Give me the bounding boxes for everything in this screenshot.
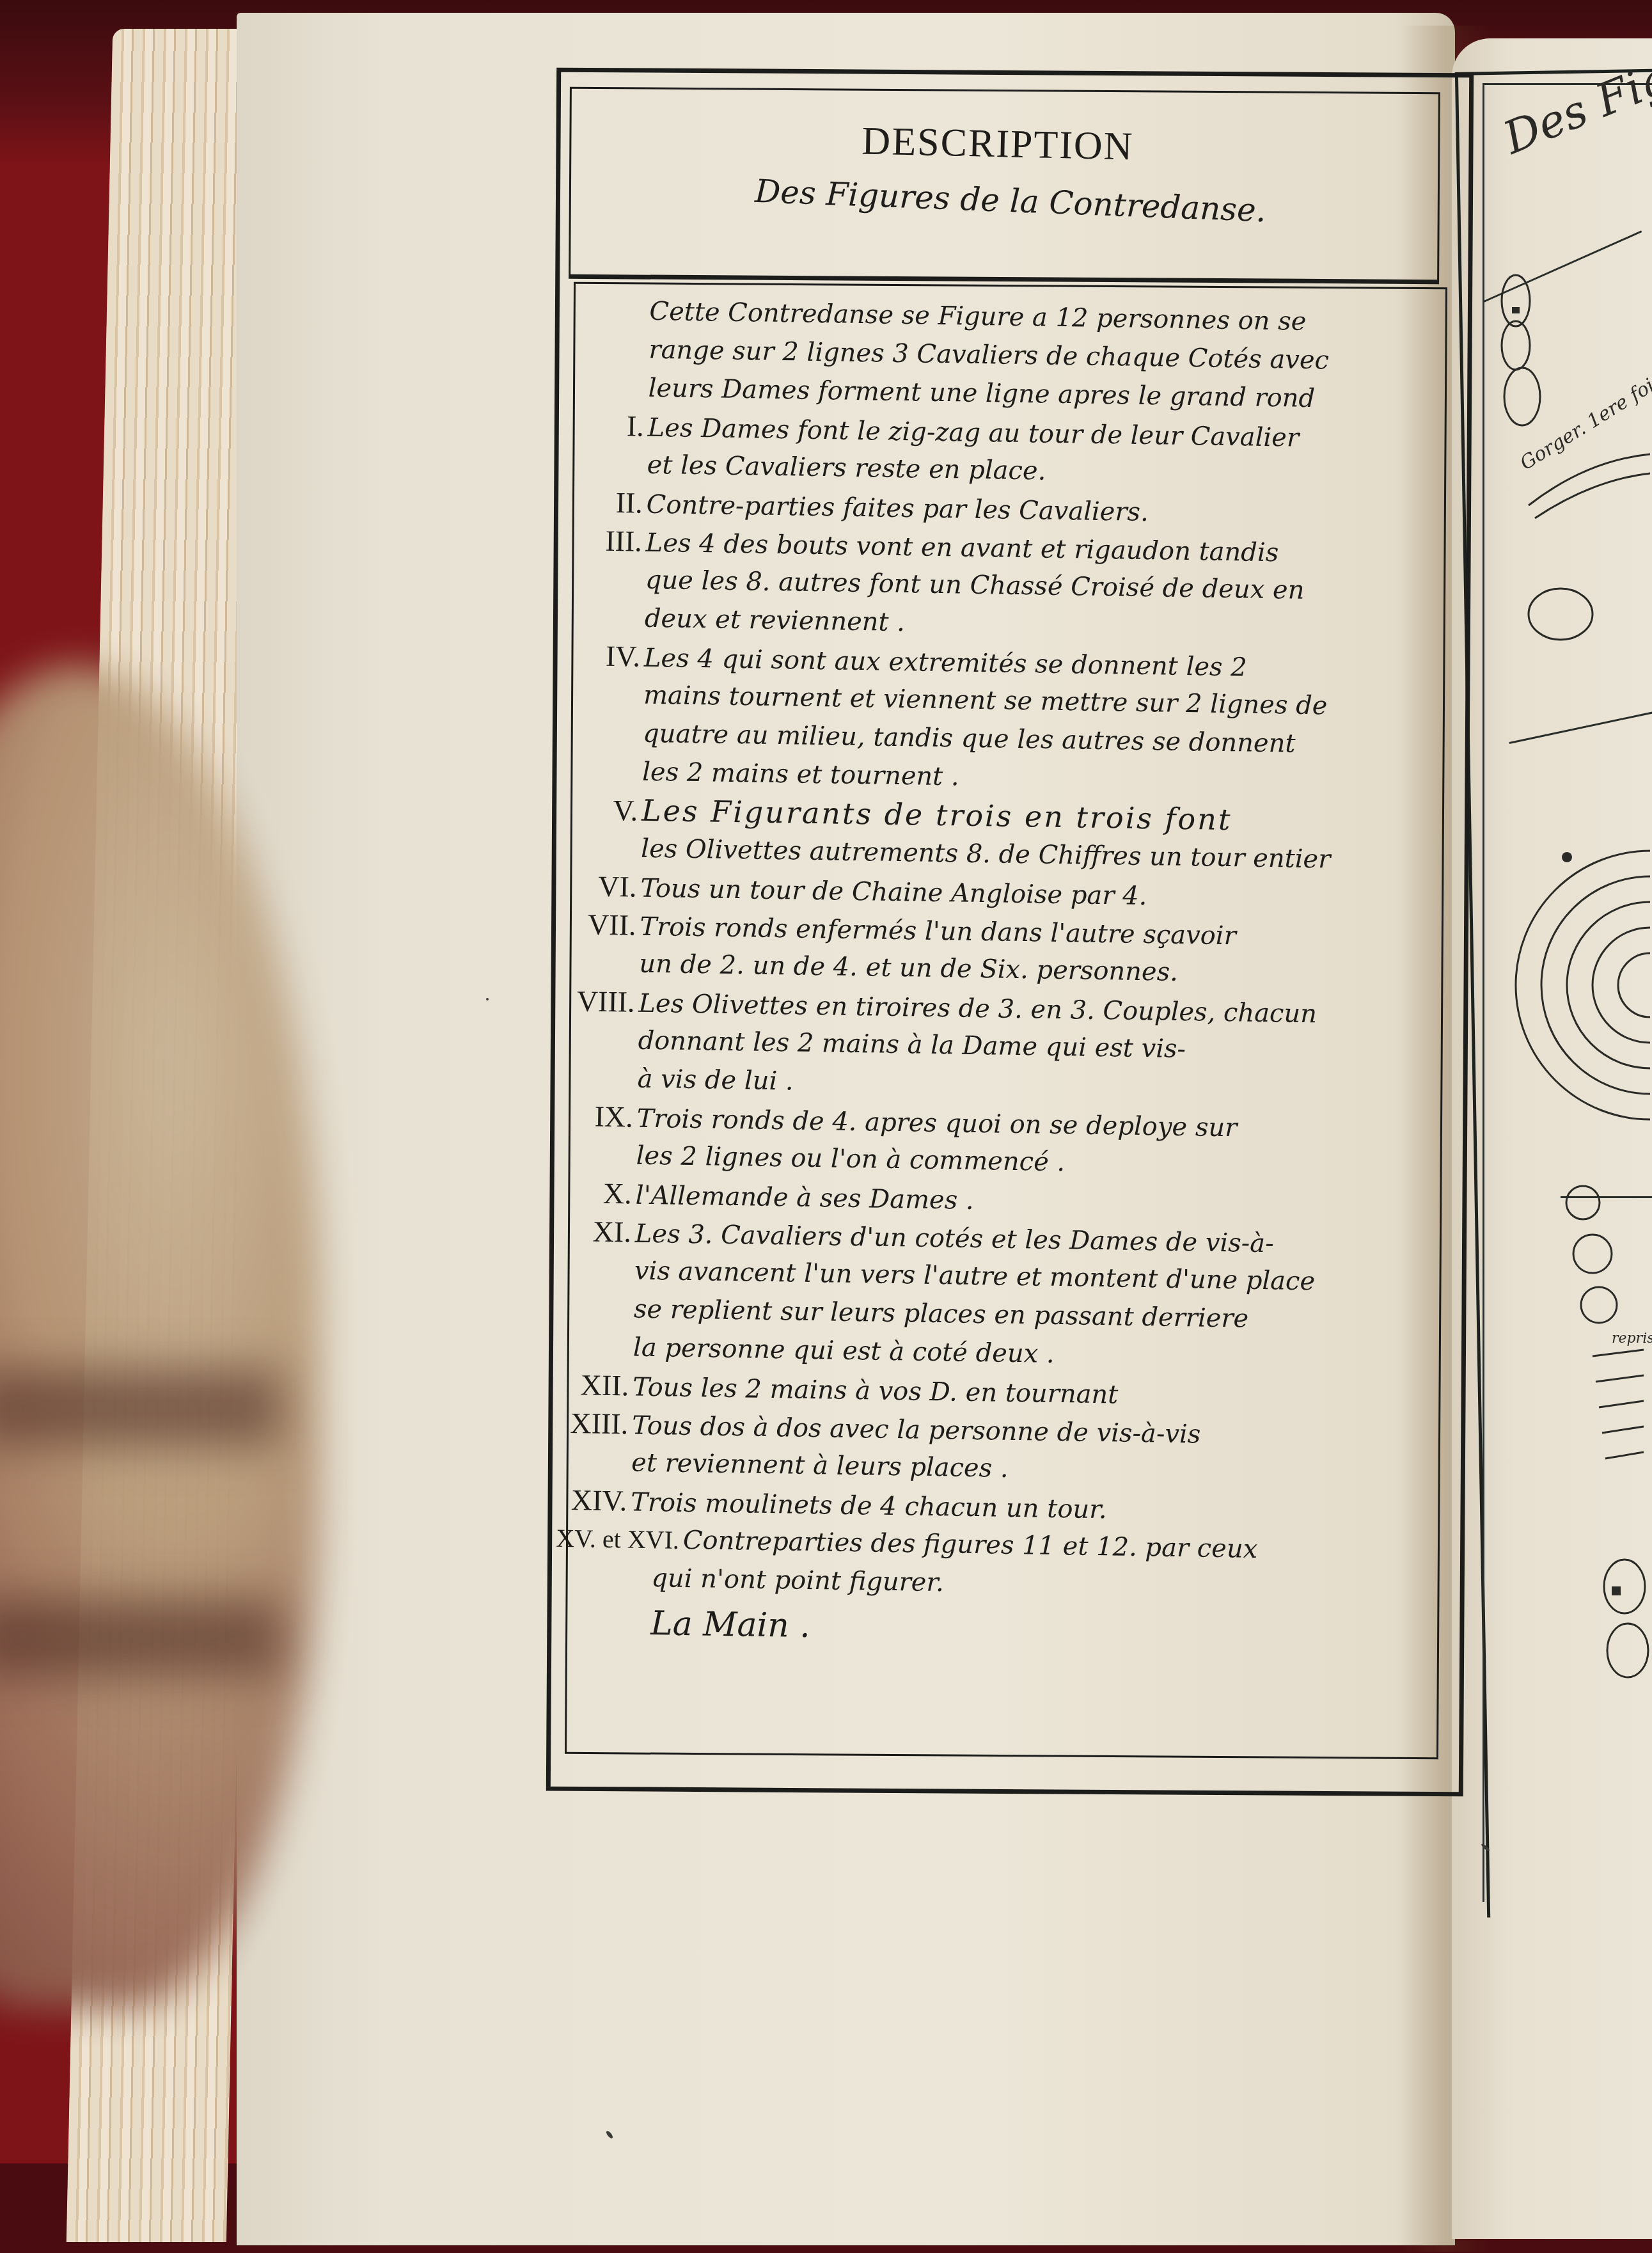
paper-speck (486, 998, 489, 1000)
figure-numeral: IV. (570, 636, 645, 676)
figure-numeral: X. (561, 1174, 636, 1213)
dance-diagram-icon (1490, 243, 1650, 1842)
figure-numeral: XIII. (558, 1404, 633, 1444)
figure-numeral: XIV. (556, 1481, 631, 1521)
figure-numeral: XV. et XVI. (556, 1519, 683, 1560)
thumb-shadow (0, 1369, 281, 1446)
figure-numeral: XI. (560, 1212, 635, 1252)
thumb-shadow (0, 1599, 281, 1676)
figure-descriptions: Cette Contredanse se Figure a 12 personn… (555, 291, 1433, 1658)
figure-numeral: XII. (558, 1366, 633, 1405)
figure-numeral: I. (573, 406, 648, 446)
figure-numeral: V. (567, 791, 642, 830)
figure-numeral: II. (572, 483, 647, 523)
plate-title: DESCRIPTION (805, 118, 1190, 171)
figure-numeral: VIII. (564, 982, 639, 1022)
figure-numeral: III. (571, 521, 646, 561)
figure-numeral: VI. (566, 867, 641, 906)
figure-numeral: IX. (562, 1097, 637, 1137)
figure-numeral: VII. (565, 905, 640, 945)
